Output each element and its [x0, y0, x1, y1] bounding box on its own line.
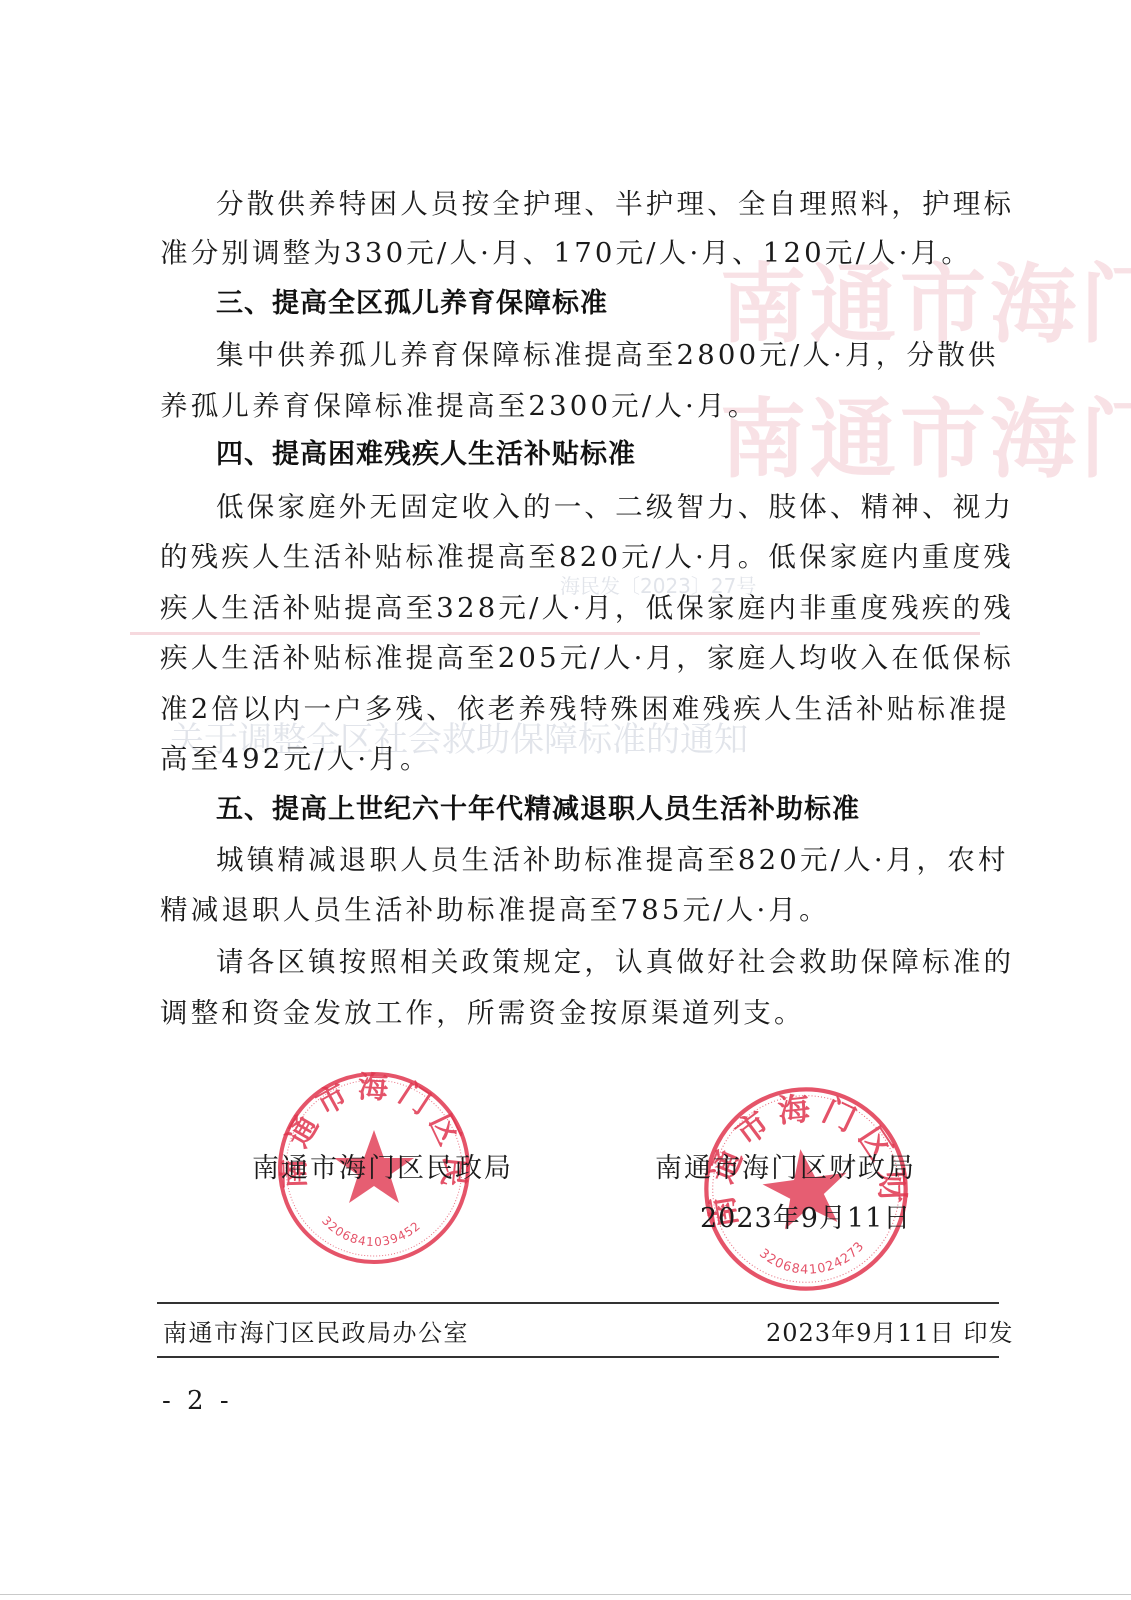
- bleed-through-header: 南通市海门区: [720, 370, 1131, 494]
- body-text: 请各区镇按照相关政策规定，认真做好社会救助保障标准的: [216, 945, 1014, 979]
- body-text: 的残疾人生活补贴标准提高至820元/人·月。低保家庭内重度残: [160, 540, 1014, 574]
- seal-code: 3206841039452: [319, 1214, 423, 1249]
- document-page: 南通市海门区 南通市海门区 海民发〔2023〕27号 关于调整全区社会救助保障标…: [0, 0, 1131, 1600]
- body-text: 养孤儿养育保障标准提高至2300元/人·月。: [160, 389, 758, 423]
- body-text: 调整和资金发放工作，所需资金按原渠道列支。: [160, 996, 805, 1030]
- svg-text:3206841039452: 3206841039452: [319, 1214, 423, 1249]
- body-text: 集中供养孤儿养育保障标准提高至2800元/人·月，分散供: [216, 338, 999, 372]
- section-heading: 四、提高困难残疾人生活补贴标准: [216, 438, 636, 472]
- body-text: 疾人生活补贴标准提高至205元/人·月，家庭人均收入在低保标: [160, 641, 1014, 675]
- bleed-through-rule: [130, 632, 980, 635]
- body-text: 精减退职人员生活补助标准提高至785元/人·月。: [160, 893, 830, 927]
- body-text: 城镇精减退职人员生活补助标准提高至820元/人·月，农村: [216, 843, 1009, 877]
- body-text: 分散供养特困人员按全护理、半护理、全自理照料，护理标: [216, 187, 1014, 221]
- signature-civil-affairs-bureau: 南通市海门区民政局: [252, 1152, 513, 1186]
- body-text: 低保家庭外无固定收入的一、二级智力、肢体、精神、视力: [216, 490, 1014, 524]
- footer-issuer: 南通市海门区民政局办公室: [163, 1313, 469, 1348]
- official-seal-finance: 南通市海门区财政局 3206841024273: [700, 1083, 912, 1295]
- footer-top-rule: [157, 1302, 999, 1304]
- body-text: 准分别调整为330元/人·月、170元/人·月、120元/人·月。: [160, 236, 972, 270]
- page-edge: [0, 1594, 1131, 1595]
- signature-finance-bureau: 南通市海门区财政局: [655, 1152, 916, 1186]
- body-text: 准2倍以内一户多残、依老养残特殊困难残疾人生活补贴标准提: [160, 692, 1010, 726]
- footer-issue-date: 2023年9月11日 印发: [766, 1313, 1014, 1348]
- body-text: 高至492元/人·月。: [160, 742, 431, 776]
- section-heading: 五、提高上世纪六十年代精减退职人员生活补助标准: [216, 793, 860, 827]
- footer-bottom-rule: [157, 1356, 999, 1358]
- body-text: 疾人生活补贴提高至328元/人·月，低保家庭内非重度残疾的残: [160, 591, 1014, 625]
- section-heading: 三、提高全区孤儿养育保障标准: [216, 287, 608, 321]
- signature-date: 2023年9月11日: [700, 1202, 911, 1236]
- page-number: - 2 -: [162, 1386, 233, 1416]
